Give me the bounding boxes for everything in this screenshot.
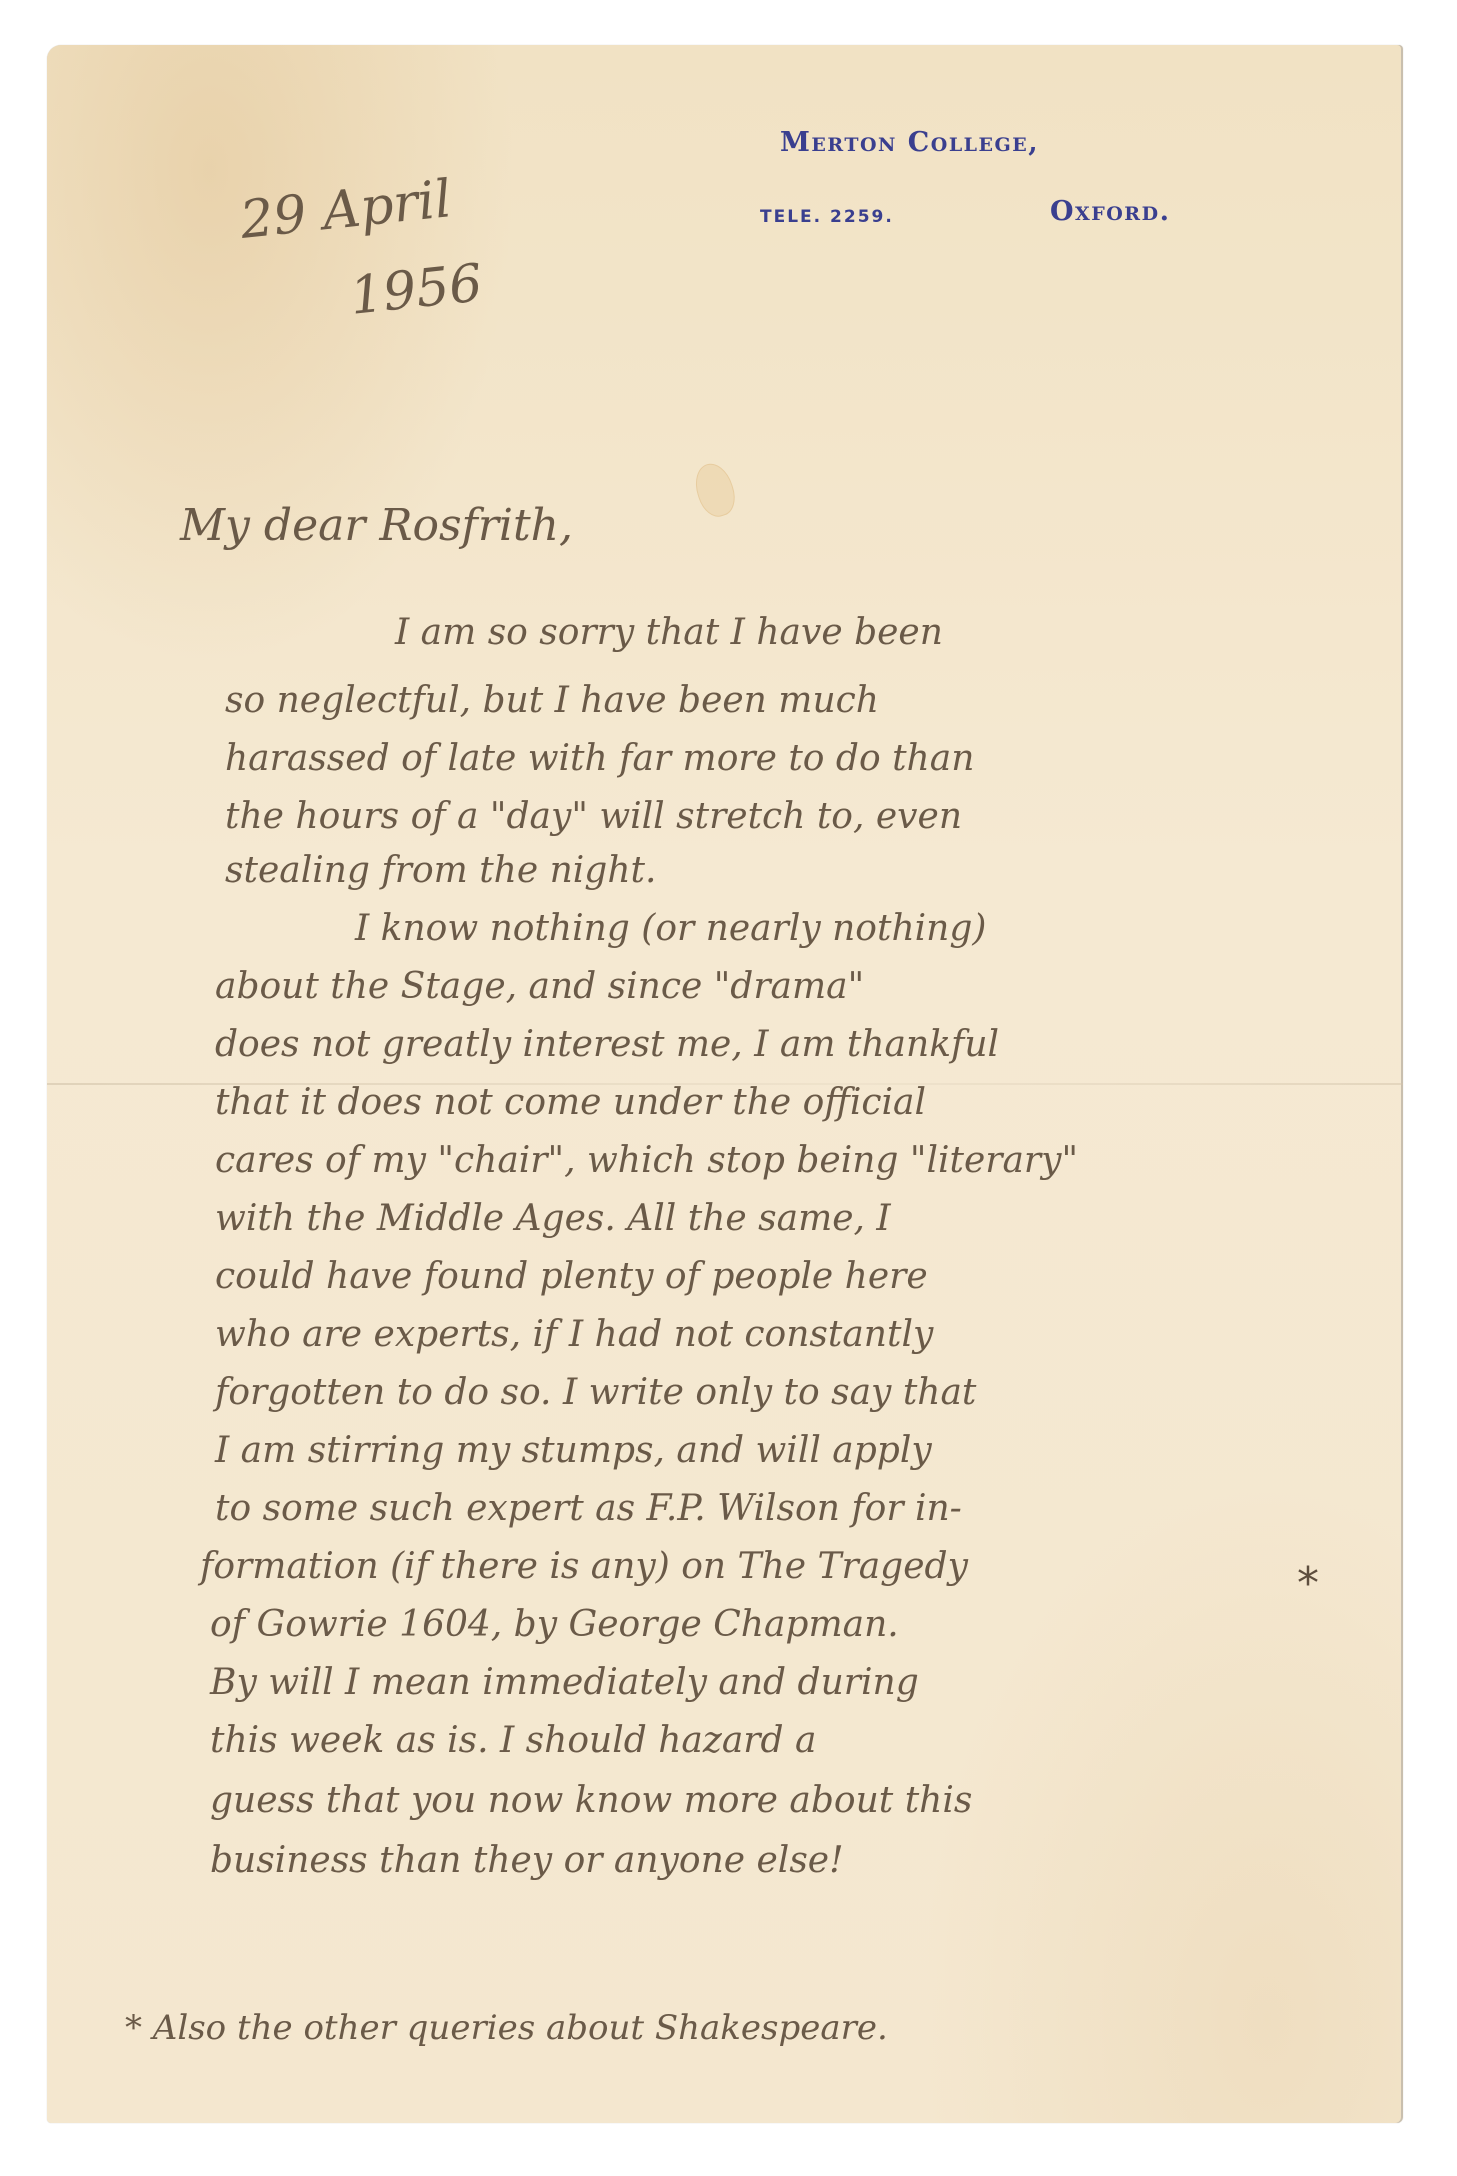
body-line: about the Stage, and since "drama" [215,966,864,1007]
body-line: does not greatly interest me, I am thank… [215,1024,999,1065]
body-line: stealing from the night. [225,850,656,891]
body-line: business than they or anyone else! [210,1840,844,1881]
body-line: could have found plenty of people here [215,1256,928,1297]
body-line: to some such expert as F.P. Wilson for i… [215,1488,962,1529]
body-line: harassed of late with far more to do tha… [225,738,974,779]
footnote-asterisk-icon: * [1297,1558,1319,1609]
body-line: I am stirring my stumps, and will apply [215,1430,932,1471]
letterhead-telephone: TELE. 2259. [760,207,894,227]
letter-salutation: My dear Rosfrith, [180,500,573,551]
letterhead-institution: Merton College, [780,127,1039,158]
body-line: so neglectful, but I have been much [225,680,879,721]
body-line: forgotten to do so. I write only to say … [215,1372,976,1413]
body-line: that it does not come under the official [215,1082,926,1123]
body-line: formation (if there is any) on The Trage… [200,1546,968,1587]
body-line: the hours of a "day" will stretch to, ev… [225,796,962,837]
body-line: who are experts, if I had not constantly [215,1314,933,1355]
body-line: guess that you now know more about this [210,1780,972,1821]
letterhead-city: Oxford. [1050,196,1170,227]
body-line: this week as is. I should hazard a [210,1720,816,1761]
body-line: I know nothing (or nearly nothing) [355,908,986,949]
body-line: of Gowrie 1604, by George Chapman. [210,1604,899,1645]
letter-postscript: * Also the other queries about Shakespea… [125,2008,888,2048]
paper-stain [690,459,741,521]
body-line: cares of my "chair", which stop being "l… [215,1140,1078,1181]
body-line: By will I mean immediately and during [210,1662,919,1703]
body-line: with the Middle Ages. All the same, I [215,1198,891,1239]
body-line: I am so sorry that I have been [395,612,943,653]
